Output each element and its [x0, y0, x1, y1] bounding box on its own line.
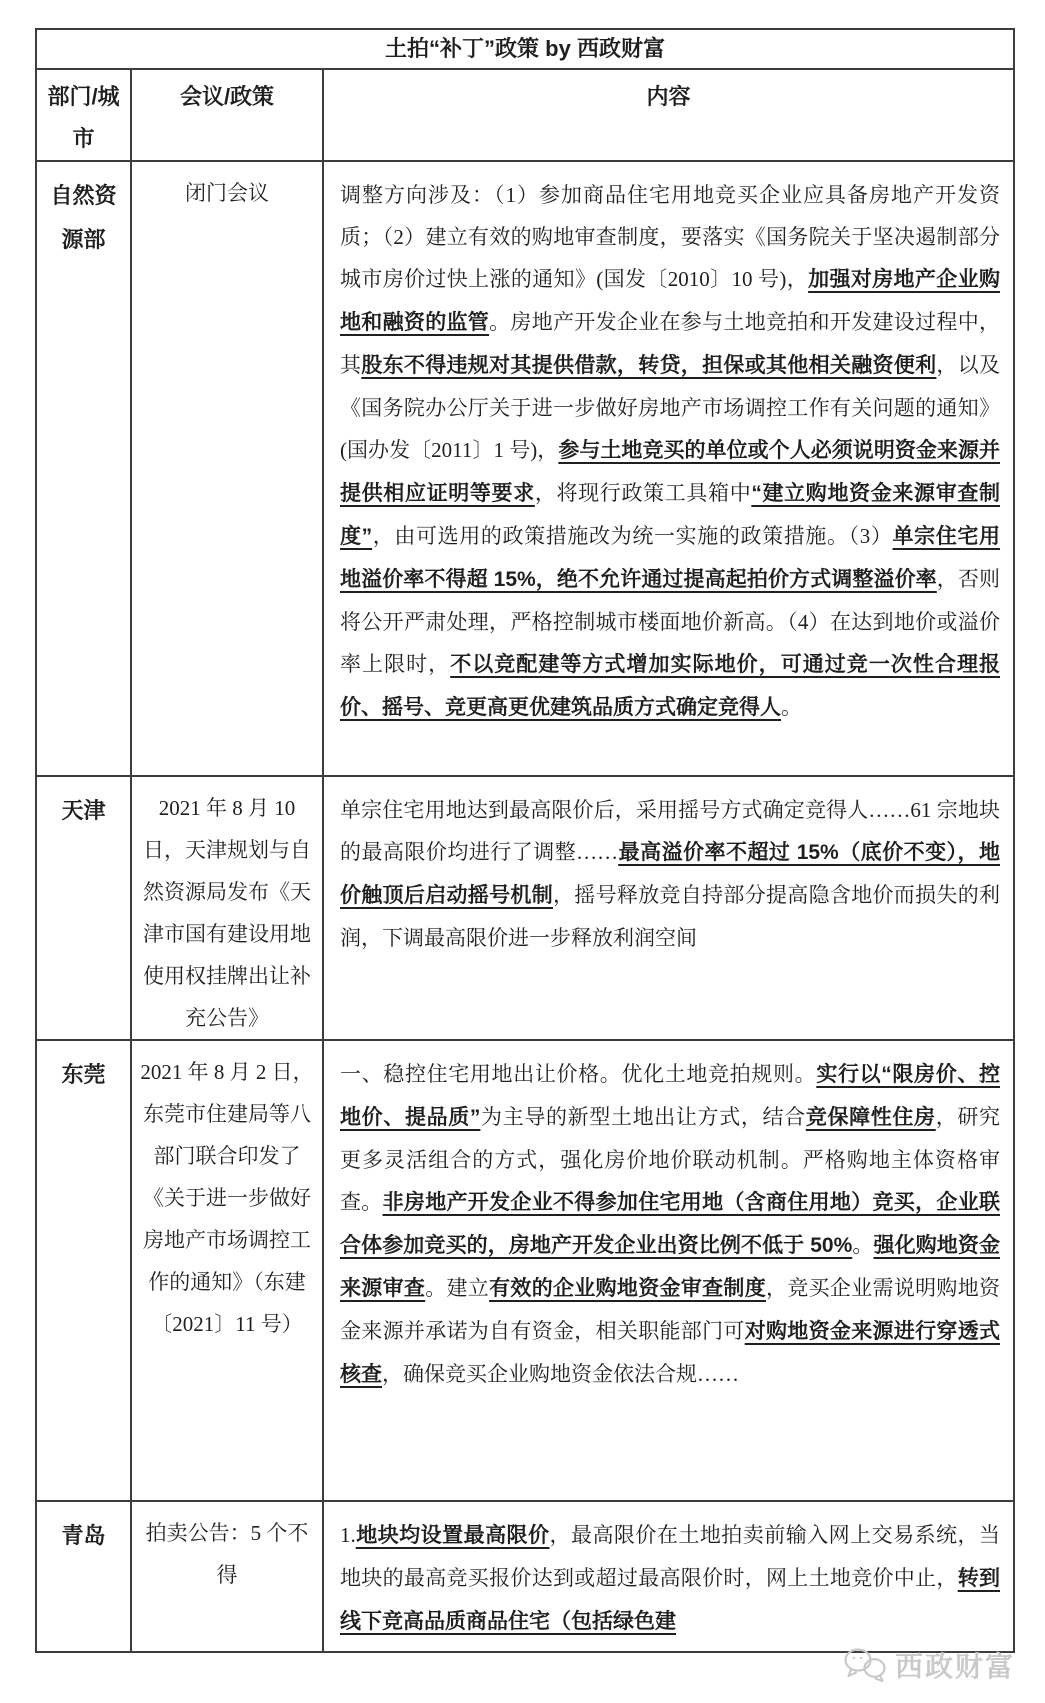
policy-cell: 闭门会议	[131, 161, 323, 776]
content-segment: 。	[781, 695, 802, 719]
content-segment: ，确保竞买企业购地资金依法合规……	[382, 1362, 739, 1386]
content-cell: 调整方向涉及：（1）参加商品住宅用地竞买企业应具备房地产开发资质；（2）建立有效…	[323, 161, 1014, 776]
content-segment: 一、稳控住宅用地出让价格。优化土地竞拍规则。	[340, 1062, 816, 1086]
policy-table: 土拍“补丁”政策 by 西政财富 部门/城市 会议/政策 内容 自然资源部闭门会…	[35, 28, 1015, 1653]
column-header-row: 部门/城市 会议/政策 内容	[36, 69, 1014, 161]
title-row: 土拍“补丁”政策 by 西政财富	[36, 29, 1014, 69]
table-body: 自然资源部闭门会议调整方向涉及：（1）参加商品住宅用地竞买企业应具备房地产开发资…	[36, 161, 1014, 1652]
department-cell: 自然资源部	[36, 161, 131, 776]
chat-bubbles-icon	[843, 1647, 887, 1683]
content-segment: 竞保障性住房	[806, 1106, 936, 1129]
content-segment: 有效的企业购地资金审查制度	[489, 1277, 766, 1300]
table-row: 天津2021 年 8 月 10 日，天津规划与自然资源局发布《天津市国有建设用地…	[36, 776, 1014, 1040]
column-header-content: 内容	[323, 69, 1014, 161]
content-cell: 一、稳控住宅用地出让价格。优化土地竞拍规则。实行以“限房价、控地价、提品质”为主…	[323, 1040, 1014, 1501]
table-row: 东莞2021 年 8 月 2 日，东莞市住建局等八部门联合印发了《关于进一步做好…	[36, 1040, 1014, 1501]
table-title: 土拍“补丁”政策 by 西政财富	[36, 29, 1014, 69]
content-segment: 1.	[340, 1523, 356, 1547]
policy-cell: 2021 年 8 月 10 日，天津规划与自然资源局发布《天津市国有建设用地使用…	[131, 776, 323, 1040]
table-row: 自然资源部闭门会议调整方向涉及：（1）参加商品住宅用地竞买企业应具备房地产开发资…	[36, 161, 1014, 776]
content-segment: 地块均设置最高限价	[356, 1524, 550, 1547]
column-header-meeting-policy: 会议/政策	[131, 69, 323, 161]
content-segment: 为主导的新型土地出让方式，结合	[480, 1105, 805, 1129]
table-row: 青岛拍卖公告：5 个不得1.地块均设置最高限价，最高限价在土地拍卖前输入网上交易…	[36, 1501, 1014, 1652]
brand-name: 西政财富	[895, 1645, 1015, 1685]
policy-cell: 拍卖公告：5 个不得	[131, 1501, 323, 1652]
content-segment: 。	[852, 1233, 873, 1257]
content-cell: 1.地块均设置最高限价，最高限价在土地拍卖前输入网上交易系统，当地块的最高竞买报…	[323, 1501, 1014, 1652]
content-segment: ，由可选用的政策措施改为统一实施的政策措施。（3）	[372, 524, 892, 548]
content-segment: ，将现行政策工具箱中	[535, 481, 752, 505]
content-cell: 单宗住宅用地达到最高限价后，采用摇号方式确定竞得人……61 宗地块的最高限价均进…	[323, 776, 1014, 1040]
department-cell: 东莞	[36, 1040, 131, 1501]
content-segment: 。建立	[425, 1276, 489, 1300]
column-header-department-city: 部门/城市	[36, 69, 131, 161]
content-segment: 股东不得违规对其提供借款，转贷，担保或其他相关融资便利	[361, 354, 936, 377]
brand-watermark: 西政财富	[843, 1645, 1015, 1685]
department-cell: 青岛	[36, 1501, 131, 1652]
policy-cell: 2021 年 8 月 2 日，东莞市住建局等八部门联合印发了《关于进一步做好房地…	[131, 1040, 323, 1501]
department-cell: 天津	[36, 776, 131, 1040]
